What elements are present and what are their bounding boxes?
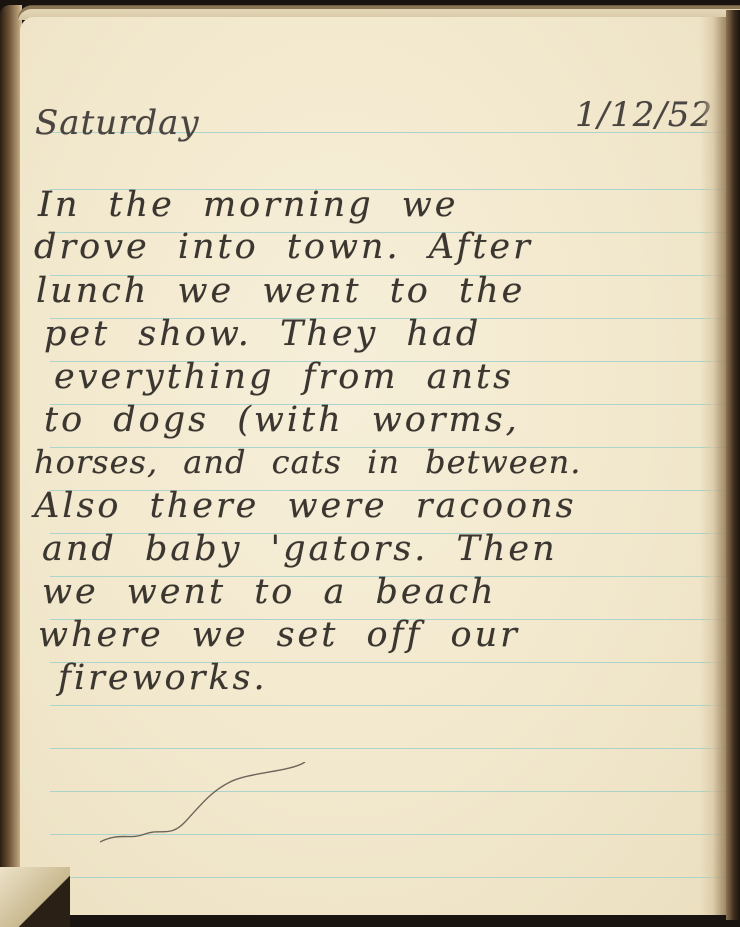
rule-line [50, 705, 726, 706]
entry-line: drove into town. After [34, 227, 533, 267]
entry-line: pet show. They had [44, 314, 481, 354]
rule-line [50, 877, 726, 878]
entry-date: 1/12/52 [575, 95, 713, 135]
entry-line: and baby 'gators. Then [42, 529, 558, 569]
entry-line: In the morning we [38, 185, 458, 225]
entry-line: Also there were racoons [34, 486, 577, 526]
entry-line: to dogs (with worms, [44, 400, 520, 440]
pencil-stray-mark [100, 762, 330, 862]
entry-line: we went to a beach [42, 572, 497, 612]
entry-line: horses, and cats in between. [34, 443, 581, 481]
book-edge-right [726, 10, 740, 920]
book-spine-left [0, 5, 22, 915]
entry-day: Saturday [35, 103, 200, 143]
folded-corner [0, 867, 70, 927]
scanned-diary-page: Saturday 1/12/52 In the morning we drove… [0, 0, 740, 927]
entry-line: everything from ants [54, 357, 514, 397]
notebook-page: Saturday 1/12/52 In the morning we drove… [20, 17, 726, 915]
entry-line: lunch we went to the [36, 271, 525, 311]
entry-line: where we set off our [38, 615, 520, 655]
rule-line [50, 748, 726, 749]
entry-line: fireworks. [58, 658, 268, 698]
